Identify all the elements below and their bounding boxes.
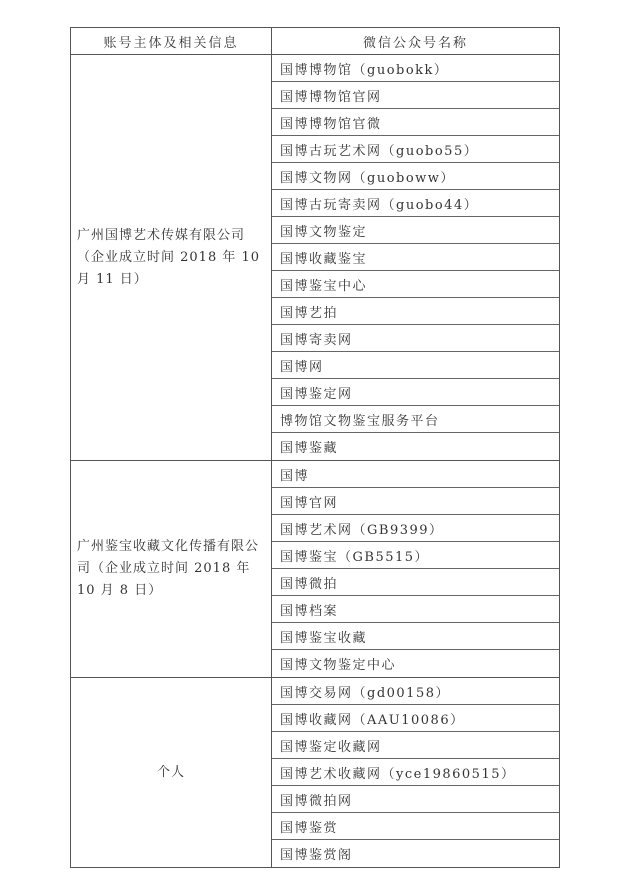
owner-cell: 广州鉴宝收藏文化传播有限公司（企业成立时间 2018 年 10 月 8 日） [71,461,272,677]
account-row: 国博鉴宝（GB5515） [272,542,559,569]
accounts-list: 国博交易网（gd00158） 国博收藏网（AAU10086） 国博鉴定收藏网 国… [272,678,559,867]
account-row: 国博鉴宝中心 [272,271,559,298]
section-guobo-art-media: 广州国博艺术传媒有限公司（企业成立时间 2018 年 10 月 11 日） 国博… [71,55,559,461]
account-row: 国博鉴赏 [272,813,559,840]
account-row: 国博博物馆（guobokk） [272,55,559,82]
account-row: 国博档案 [272,596,559,623]
account-row: 国博微拍网 [272,786,559,813]
account-row: 国博 [272,461,559,488]
account-row: 国博文物鉴定中心 [272,650,559,677]
owner-cell: 广州国博艺术传媒有限公司（企业成立时间 2018 年 10 月 11 日） [71,55,272,460]
account-row: 国博古玩寄卖网（guobo44） [272,190,559,217]
header-owner: 账号主体及相关信息 [71,28,272,54]
account-row: 国博艺拍 [272,298,559,325]
account-row: 国博网 [272,352,559,379]
accounts-list: 国博 国博官网 国博艺术网（GB9399） 国博鉴宝（GB5515） 国博微拍 … [272,461,559,677]
account-row: 国博博物馆官网 [272,82,559,109]
accounts-table: 账号主体及相关信息 微信公众号名称 广州国博艺术传媒有限公司（企业成立时间 20… [70,27,560,868]
account-row: 国博交易网（gd00158） [272,678,559,705]
account-row: 国博古玩艺术网（guobo55） [272,136,559,163]
accounts-list: 国博博物馆（guobokk） 国博博物馆官网 国博博物馆官微 国博古玩艺术网（g… [272,55,559,460]
account-row: 国博鉴藏 [272,433,559,460]
account-row: 国博收藏鉴宝 [272,244,559,271]
section-individual: 个人 国博交易网（gd00158） 国博收藏网（AAU10086） 国博鉴定收藏… [71,678,559,867]
account-row: 国博艺术网（GB9399） [272,515,559,542]
header-account-name: 微信公众号名称 [272,28,559,54]
account-row: 国博鉴赏阁 [272,840,559,867]
account-row: 国博艺术收藏网（yce19860515） [272,759,559,786]
account-row: 国博鉴定收藏网 [272,732,559,759]
account-row: 国博博物馆官微 [272,109,559,136]
account-row: 国博官网 [272,488,559,515]
owner-cell: 个人 [71,678,272,867]
account-row: 国博鉴宝收藏 [272,623,559,650]
account-row: 国博收藏网（AAU10086） [272,705,559,732]
account-row: 国博微拍 [272,569,559,596]
table-header: 账号主体及相关信息 微信公众号名称 [71,28,559,55]
account-row: 国博鉴定网 [272,379,559,406]
account-row: 国博文物鉴定 [272,217,559,244]
account-row: 国博文物网（guoboww） [272,163,559,190]
account-row: 国博寄卖网 [272,325,559,352]
section-jianbao-culture: 广州鉴宝收藏文化传播有限公司（企业成立时间 2018 年 10 月 8 日） 国… [71,461,559,678]
account-row: 博物馆文物鉴宝服务平台 [272,406,559,433]
